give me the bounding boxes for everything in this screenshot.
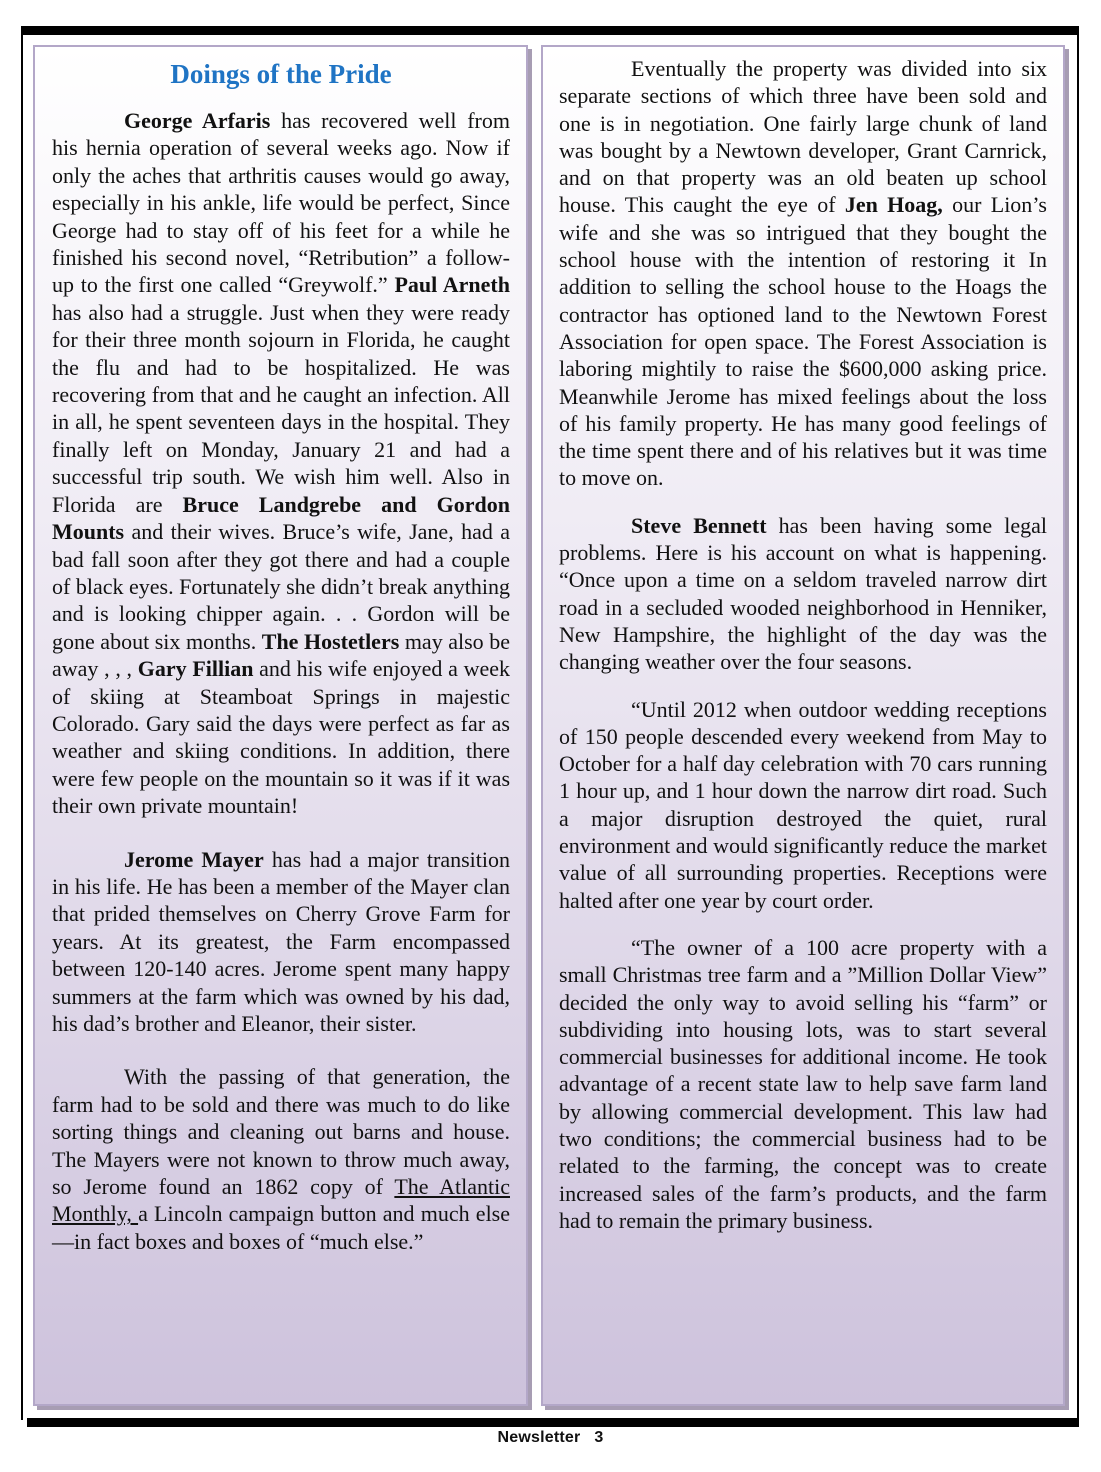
paragraph-jerome-mayer: Jerome Mayer has had a major transition … — [52, 846, 510, 1038]
section-title: Doings of the Pride — [52, 59, 510, 89]
paragraph-george-arfaris: George Arfaris has recovered well from h… — [52, 107, 510, 820]
page-number: 3 — [594, 1429, 603, 1446]
page-frame-right — [1077, 26, 1079, 1418]
person-name: George Arfaris — [124, 108, 270, 133]
paragraph-until-2012: “Until 2012 when outdoor wedding recepti… — [559, 696, 1047, 914]
page-bottom-rule — [27, 1418, 1079, 1427]
person-name: Steve Bennett — [631, 513, 767, 538]
page-frame-left — [21, 26, 23, 1420]
right-column-box: Eventually the property was divided into… — [541, 45, 1065, 1406]
page-top-rule — [21, 26, 1079, 35]
person-name: Paul Arneth — [394, 272, 510, 297]
paragraph-passing-generation: With the passing of that generation, the… — [52, 1063, 510, 1255]
paragraph-100-acre-owner: “The owner of a 100 acre property with a… — [559, 934, 1047, 1234]
page-footer: Newsletter 3 — [0, 1429, 1101, 1447]
footer-label: Newsletter — [498, 1429, 581, 1446]
paragraph-property-divided: Eventually the property was divided into… — [559, 55, 1047, 492]
left-column-box: Doings of the Pride George Arfaris has r… — [33, 45, 528, 1406]
paragraph-steve-bennett: Steve Bennett has been having some legal… — [559, 512, 1047, 676]
person-name: The Hostetlers — [262, 629, 400, 654]
person-name: Gary Fillian — [138, 656, 254, 681]
person-name: Jen Hoag, — [845, 192, 943, 217]
person-name: Jerome Mayer — [124, 847, 264, 872]
